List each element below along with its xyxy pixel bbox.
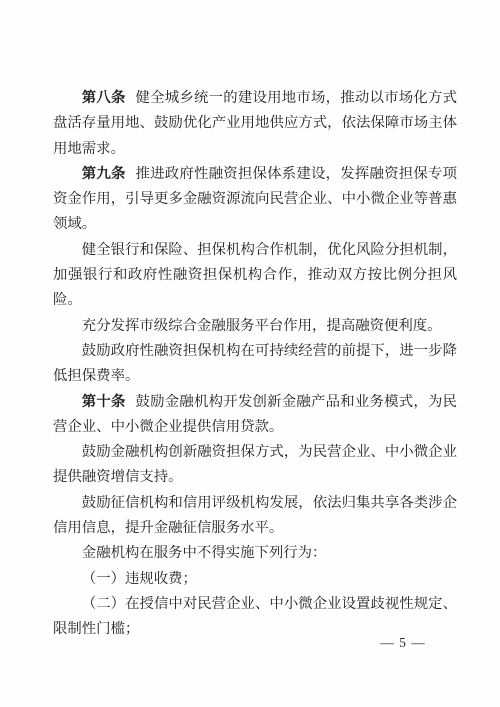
page-number: — 5 — [353,634,453,652]
paragraph: 鼓励征信机构和信用评级机构发展，依法归集共享各类涉企信用信息，提升金融征信服务水… [53,491,457,542]
paragraph-text: 健全银行和保险、担保机构合作机制，优化风险分担机制，加强银行和政府性融资担保机构… [53,242,457,309]
article-number: 第九条 [82,166,126,182]
paragraph-article-9: 第九条推进政府性融资担保体系建设，发挥融资担保专项资金作用，引导更多金融资源流向… [53,162,457,238]
paragraph-text: 充分发挥市级综合金融服务平台作用，提高融资便利度。 [82,318,442,334]
document-page: 第八条健全城乡统一的建设用地市场，推动以市场化方式盘活存量用地、鼓励优化产业用地… [0,0,500,707]
paragraph: 鼓励政府性融资担保机构在可持续经营的前提下，进一步降低担保费率。 [53,339,457,390]
paragraph: 充分发挥市级综合金融服务平台作用，提高融资便利度。 [53,314,457,339]
paragraph-text: （一）违规收费； [82,571,197,587]
paragraph: 健全银行和保险、担保机构合作机制，优化风险分担机制，加强银行和政府性融资担保机构… [53,238,457,314]
article-number: 第十条 [82,394,126,410]
article-number: 第八条 [82,90,126,106]
paragraph-article-10: 第十条鼓励金融机构开发创新金融产品和业务模式，为民营企业、中小微企业提供信用贷款… [53,390,457,441]
paragraph: 鼓励金融机构创新融资担保方式，为民营企业、中小微企业提供融资增信支持。 [53,440,457,491]
paragraph: 金融机构在服务中不得实施下列行为： [53,541,457,566]
paragraph-text: 金融机构在服务中不得实施下列行为： [82,545,327,561]
paragraph-text: 鼓励金融机构创新融资担保方式，为民营企业、中小微企业提供融资增信支持。 [53,444,457,485]
paragraph-text: （二）在授信中对民营企业、中小微企业设置歧视性规定、限制性门槛； [53,596,457,637]
list-item-1: （一）违规收费； [53,567,457,592]
paragraph-text: 鼓励征信机构和信用评级机构发展，依法归集共享各类涉企信用信息，提升金融征信服务水… [53,495,457,536]
document-body: 第八条健全城乡统一的建设用地市场，推动以市场化方式盘活存量用地、鼓励优化产业用地… [53,86,457,643]
paragraph-article-8: 第八条健全城乡统一的建设用地市场，推动以市场化方式盘活存量用地、鼓励优化产业用地… [53,86,457,162]
paragraph-text: 鼓励政府性融资担保机构在可持续经营的前提下，进一步降低担保费率。 [53,343,457,384]
